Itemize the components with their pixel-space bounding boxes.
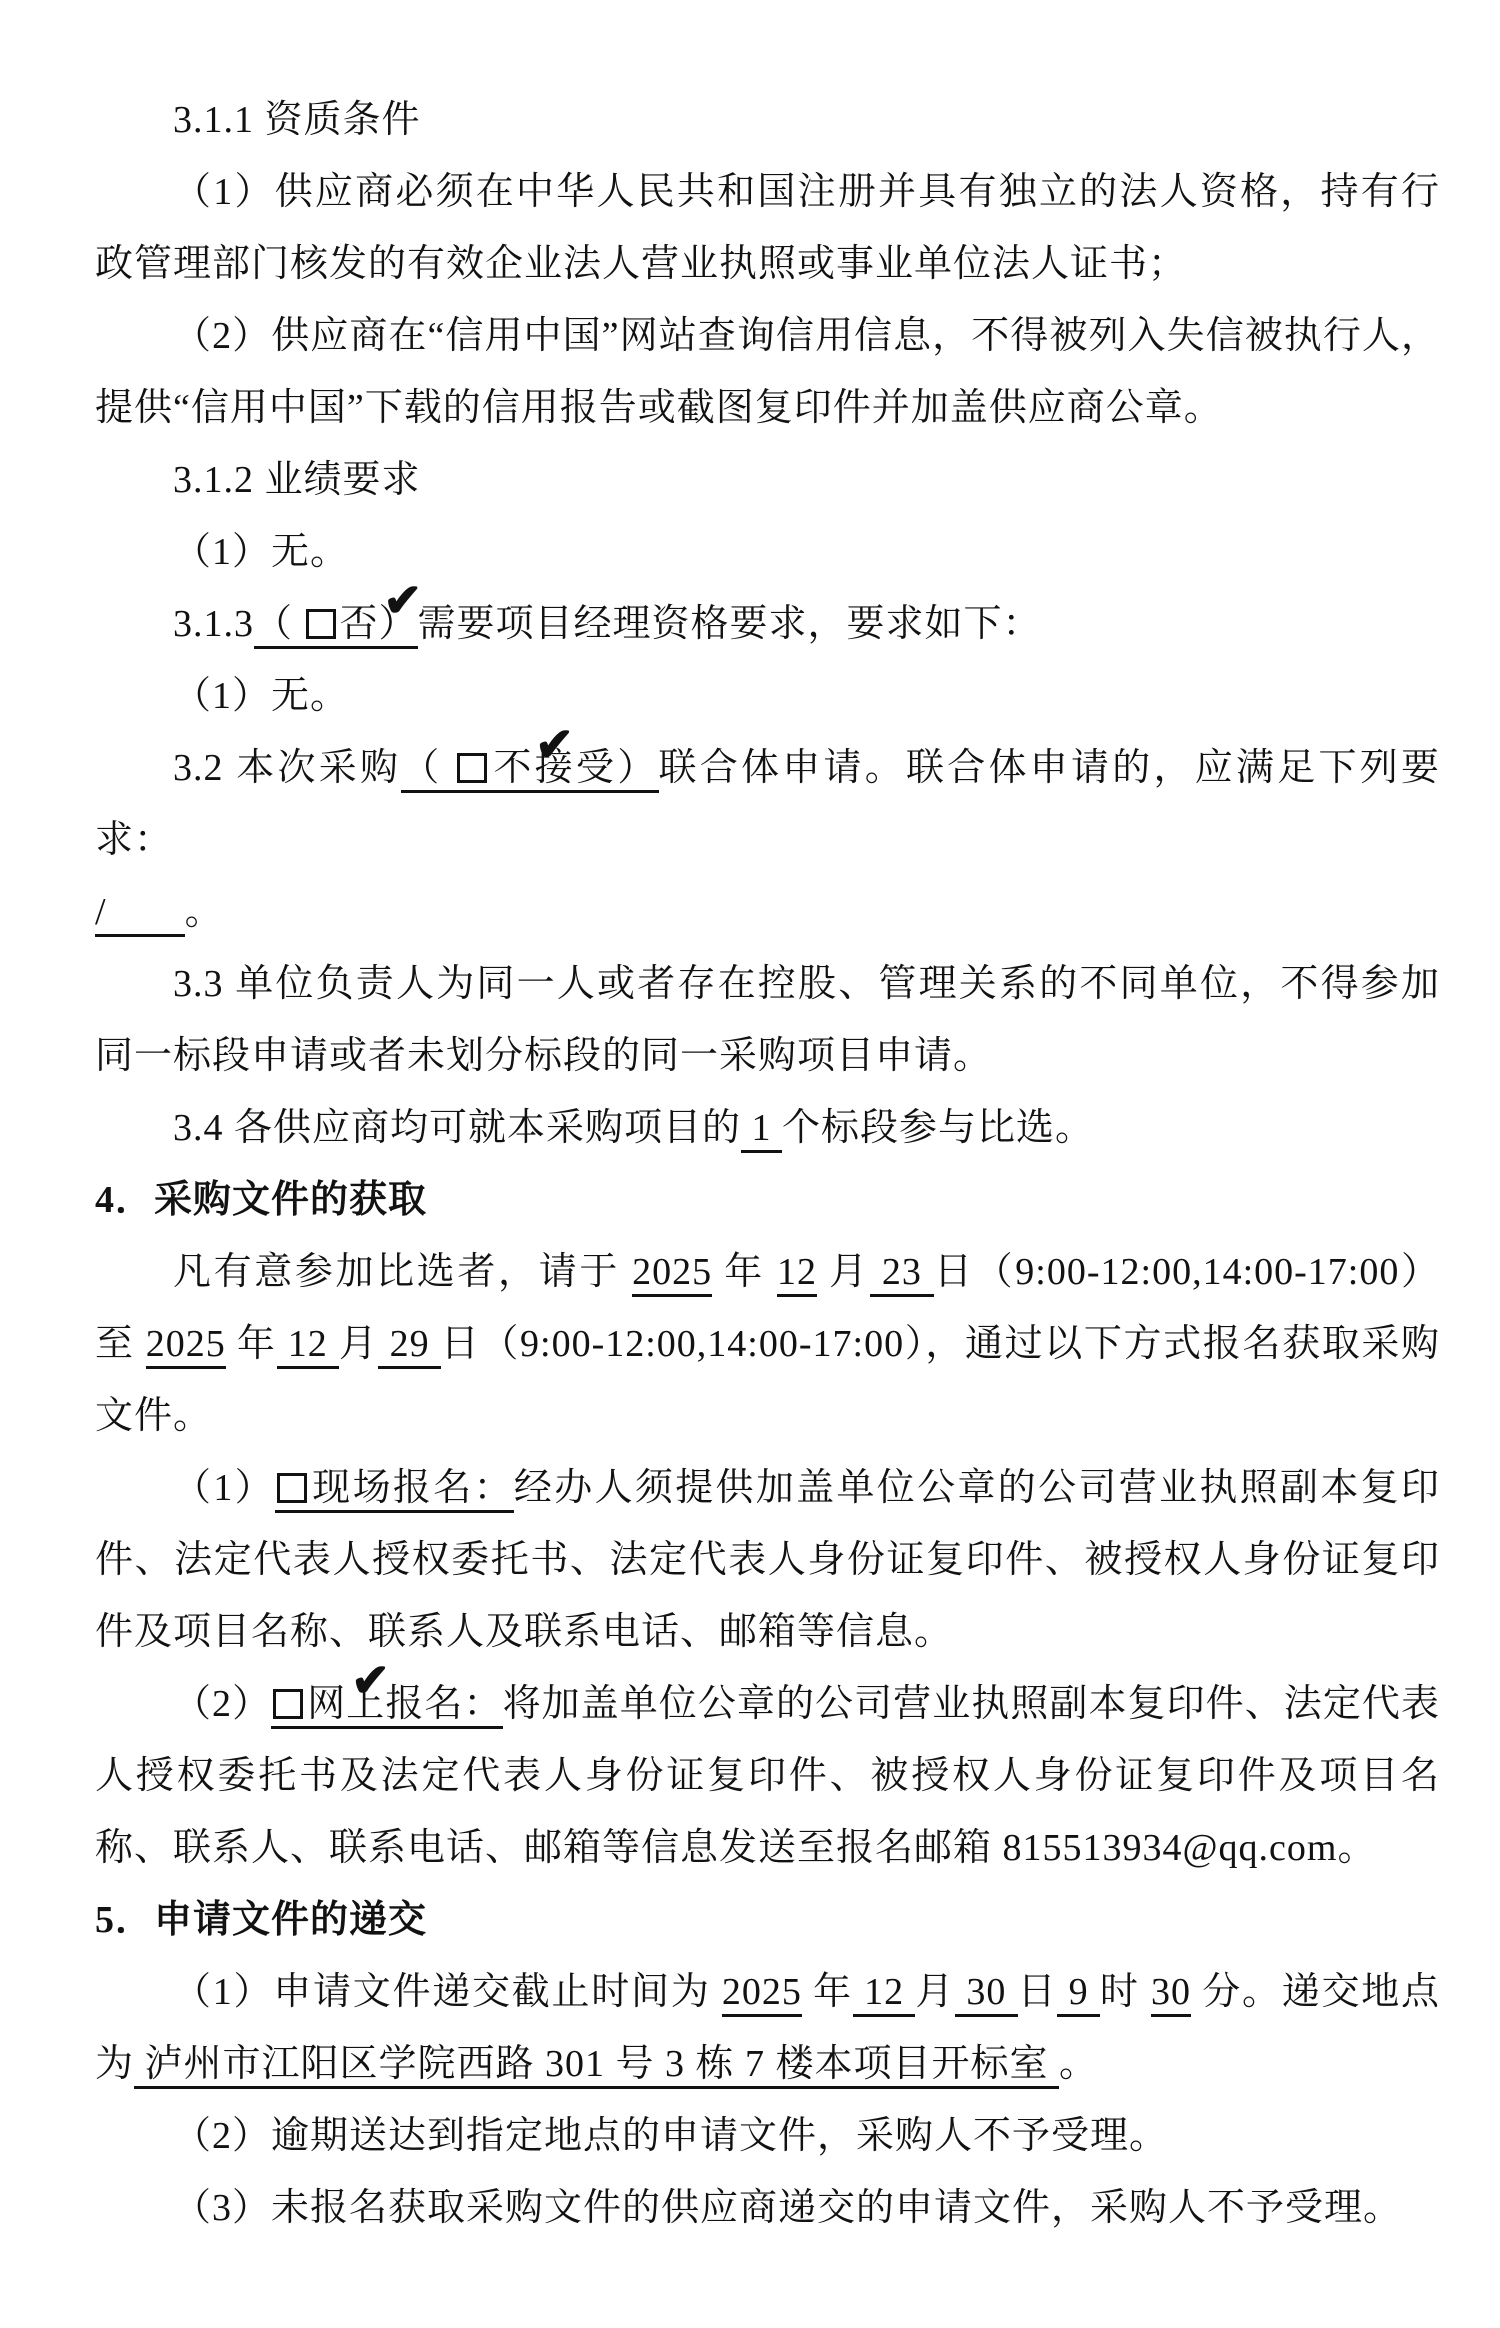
- clause-4-item-2: （2）网上报名：将加盖单位公章的公司营业执照副本复印件、法定代表人授权委托书及法…: [95, 1668, 1440, 1884]
- text-run: 年: [226, 1323, 277, 1365]
- text-run: 月: [817, 1251, 870, 1293]
- clause-3-4: 3.4 各供应商均可就本采购项目的 1 个标段参与比选。: [95, 1092, 1440, 1164]
- text-run: （1）申请文件递交截止时间为: [173, 1971, 722, 2013]
- filled-blank: 12: [277, 1323, 339, 1369]
- underlined-run: [304, 603, 340, 649]
- underlined-run: [271, 1683, 307, 1729]
- text-run: 个标段参与比选。: [782, 1107, 1094, 1149]
- document-page: 3.1.1 资质条件（1）供应商必须在中华人民共和国注册并具有独立的法人资格，持…: [0, 0, 1500, 2328]
- text-run: 3.2 本次采购: [173, 747, 401, 789]
- clause-3-1-1: 3.1.1 资质条件: [95, 84, 1440, 156]
- underlined-run: [455, 747, 491, 793]
- section-5-heading: 5．申请文件的递交: [95, 1884, 1440, 1956]
- text-run: 。: [1059, 2043, 1098, 2085]
- clause-3-3: 3.3 单位负责人为同一人或者存在控股、管理关系的不同单位，不得参加同一标段申请…: [95, 948, 1440, 1092]
- filled-blank: 12: [853, 1971, 916, 2017]
- text-run: （2）逾期送达到指定地点的申请文件，采购人不予受理。: [173, 2115, 1168, 2157]
- text-run: 3.1.2 业绩要求: [173, 459, 421, 501]
- filled-blank: 2025: [146, 1323, 226, 1369]
- text-run: 3.1.3: [173, 603, 254, 645]
- text-run: （1）无。: [173, 675, 349, 717]
- text-run: 月: [915, 1971, 955, 2013]
- clause-3-1-2: 3.1.2 业绩要求: [95, 444, 1440, 516]
- clause-3-1-2-item-1: （1）无。: [95, 516, 1440, 588]
- text-run: （2）供应商在“信用中国”网站查询信用信息，不得被列入失信被执行人，提供“信用中…: [95, 315, 1440, 429]
- clause-5-item-2: （2）逾期送达到指定地点的申请文件，采购人不予受理。: [95, 2100, 1440, 2172]
- clause-4-item-1: （1）现场报名：经办人须提供加盖单位公章的公司营业执照副本复印件、法定代表人授权…: [95, 1452, 1440, 1668]
- text-run: （3）未报名获取采购文件的供应商递交的申请文件，采购人不予受理。: [173, 2187, 1402, 2229]
- filled-blank: 29: [378, 1323, 440, 1369]
- checkbox-checked-icon: [457, 753, 487, 783]
- checkbox-checked-icon: [273, 1689, 303, 1719]
- text-run: 3.4 各供应商均可就本采购项目的: [173, 1107, 741, 1149]
- clause-5-item-1: （1）申请文件递交截止时间为 2025 年 12 月 30 日 9 时 30 分…: [95, 1956, 1440, 2100]
- email-address: 815513934@qq.com: [1003, 1827, 1338, 1869]
- filled-blank: 1: [741, 1107, 782, 1153]
- text-run: 年: [802, 1971, 853, 2013]
- clause-5-item-3: （3）未报名获取采购文件的供应商递交的申请文件，采购人不予受理。: [95, 2172, 1440, 2244]
- text-run: 时: [1100, 1971, 1151, 2013]
- clause-3-1-3: 3.1.3（ 否）需要项目经理资格要求，要求如下：: [95, 588, 1440, 660]
- text-run: （1）供应商必须在中华人民共和国注册并具有独立的法人资格，持有行政管理部门核发的…: [95, 171, 1440, 285]
- filled-blank: 30: [1151, 1971, 1191, 2017]
- text-run: （2）: [173, 1683, 271, 1725]
- section-4-heading: 4．采购文件的获取: [95, 1164, 1440, 1236]
- filled-blank: 30: [955, 1971, 1018, 2017]
- clause-3-1-1-item-2: （2）供应商在“信用中国”网站查询信用信息，不得被列入失信被执行人，提供“信用中…: [95, 300, 1440, 444]
- clause-3-2-blank: / 。: [95, 876, 1440, 948]
- underlined-run: 现场报名：: [311, 1467, 514, 1513]
- text-run: （1）: [173, 1467, 275, 1509]
- underlined-run: （: [401, 747, 455, 793]
- clause-3-2: 3.2 本次采购（ 不接受）联合体申请。联合体申请的，应满足下列要求：: [95, 732, 1440, 876]
- clause-4-intro: 凡有意参加比选者，请于 2025 年 12 月 23 日（9:00-12:00,…: [95, 1236, 1440, 1452]
- text-run: 3.1.1 资质条件: [173, 99, 421, 141]
- clause-3-1-1-item-1: （1）供应商必须在中华人民共和国注册并具有独立的法人资格，持有行政管理部门核发的…: [95, 156, 1440, 300]
- submission-address: 泸州市江阳区学院西路 301 号 3 栋 7 楼本项目开标室: [134, 2043, 1059, 2089]
- filled-blank: 2025: [722, 1971, 802, 2017]
- filled-blank: /: [95, 891, 185, 937]
- text-run: 4．采购文件的获取: [95, 1179, 427, 1221]
- text-run: 。: [185, 891, 224, 933]
- checkbox-empty-icon: [277, 1473, 307, 1503]
- clause-3-1-3-item-1: （1）无。: [95, 660, 1440, 732]
- filled-blank: 9: [1057, 1971, 1100, 2017]
- text-run: 年: [712, 1251, 777, 1293]
- text-run: 。: [1337, 1827, 1376, 1869]
- filled-blank: 23: [870, 1251, 934, 1297]
- checkbox-checked-icon: [306, 609, 336, 639]
- text-run: 需要项目经理资格要求，要求如下：: [418, 603, 1042, 645]
- text-run: 5．申请文件的递交: [95, 1899, 427, 1941]
- text-run: （1）无。: [173, 531, 349, 573]
- underlined-run: [275, 1467, 311, 1513]
- text-run: 日: [1018, 1971, 1058, 2013]
- text-run: 凡有意参加比选者，请于: [173, 1251, 632, 1293]
- text-run: 月: [339, 1323, 379, 1365]
- filled-blank: 2025: [632, 1251, 712, 1297]
- underlined-run: （: [254, 603, 304, 649]
- text-run: 3.3 单位负责人为同一人或者存在控股、管理关系的不同单位，不得参加同一标段申请…: [95, 963, 1440, 1077]
- filled-blank: 12: [777, 1251, 817, 1297]
